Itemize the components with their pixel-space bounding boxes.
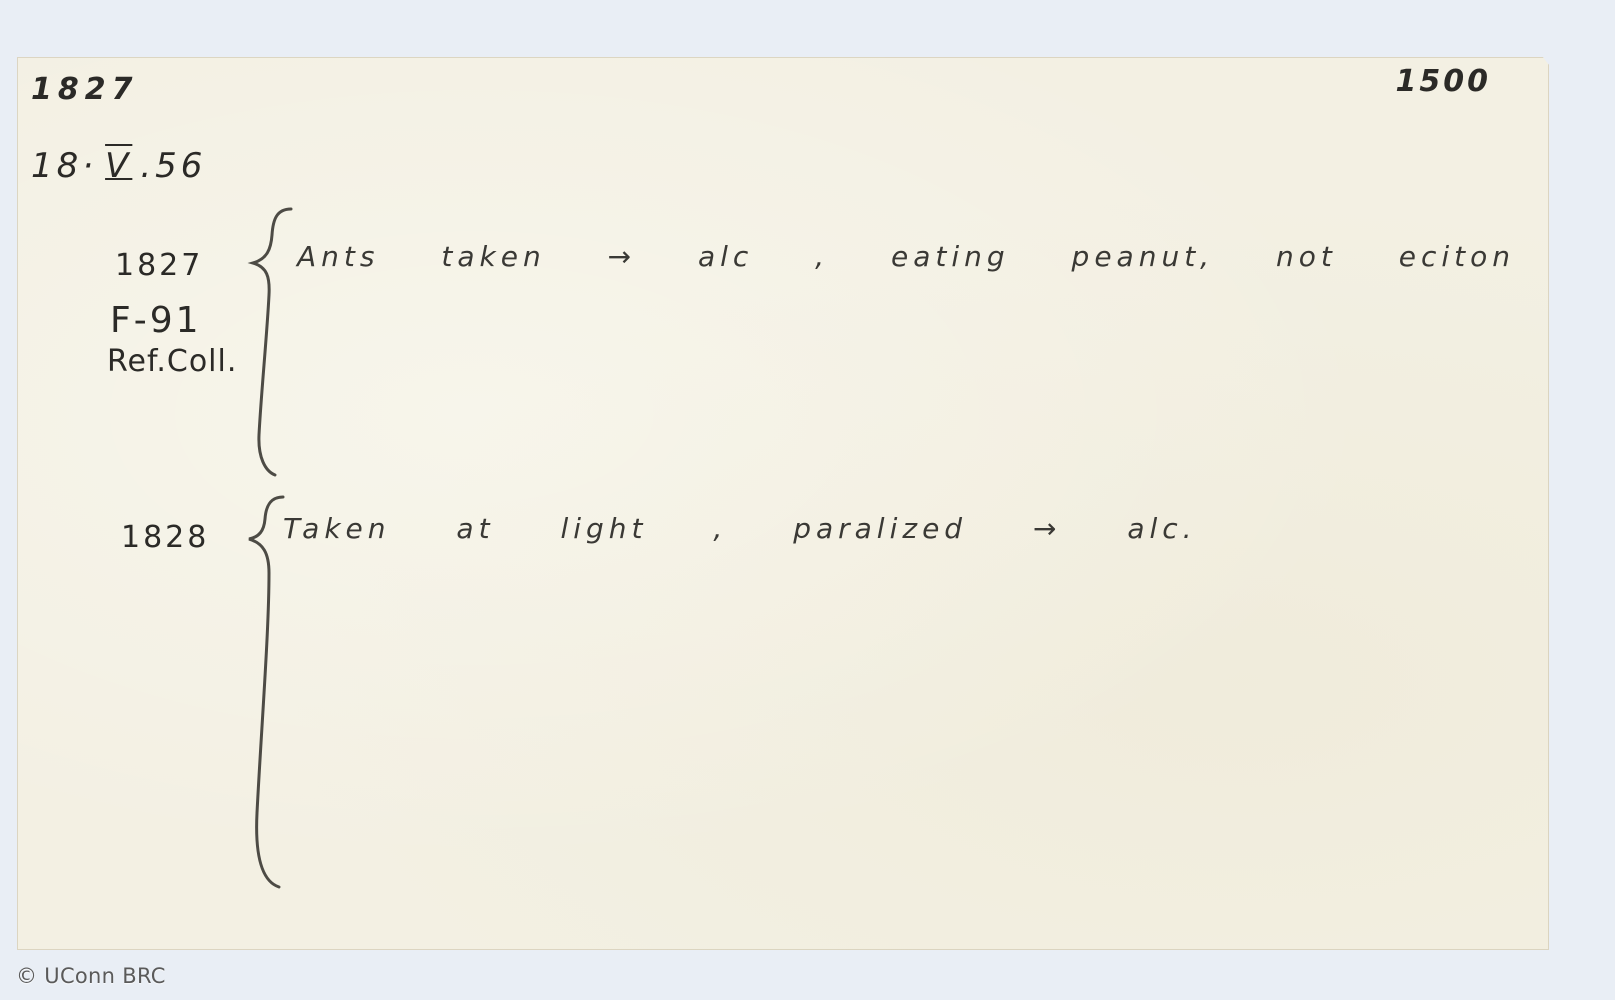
date-month-roman: V bbox=[97, 146, 140, 186]
entry-1-field-number: F-91 bbox=[110, 303, 202, 339]
copyright-watermark: © UConn BRC bbox=[16, 964, 166, 988]
entry-1-number: 1827 bbox=[115, 251, 203, 281]
index-card: 1827 1500 18·V.56 1827 F-91 Ref.Coll. An… bbox=[17, 57, 1549, 950]
card-number: 1500 bbox=[1396, 67, 1492, 97]
collection-date: 18·V.56 bbox=[31, 149, 206, 183]
entry-2-note: Taken at light , paralized → alc. bbox=[283, 515, 1197, 543]
catalog-number: 1827 bbox=[31, 75, 139, 105]
entry-2-brace-icon bbox=[233, 493, 293, 893]
date-year: 56 bbox=[155, 146, 206, 186]
entry-1-collection: Ref.Coll. bbox=[107, 347, 237, 377]
entry-2-number: 1828 bbox=[121, 523, 209, 553]
date-separator: · bbox=[82, 146, 97, 186]
entry-1-note: Ants taken → alc , eating peanut, not ec… bbox=[297, 243, 1515, 271]
date-separator: . bbox=[140, 146, 155, 186]
entry-1-brace-icon bbox=[239, 205, 299, 481]
date-day: 18 bbox=[31, 146, 82, 186]
